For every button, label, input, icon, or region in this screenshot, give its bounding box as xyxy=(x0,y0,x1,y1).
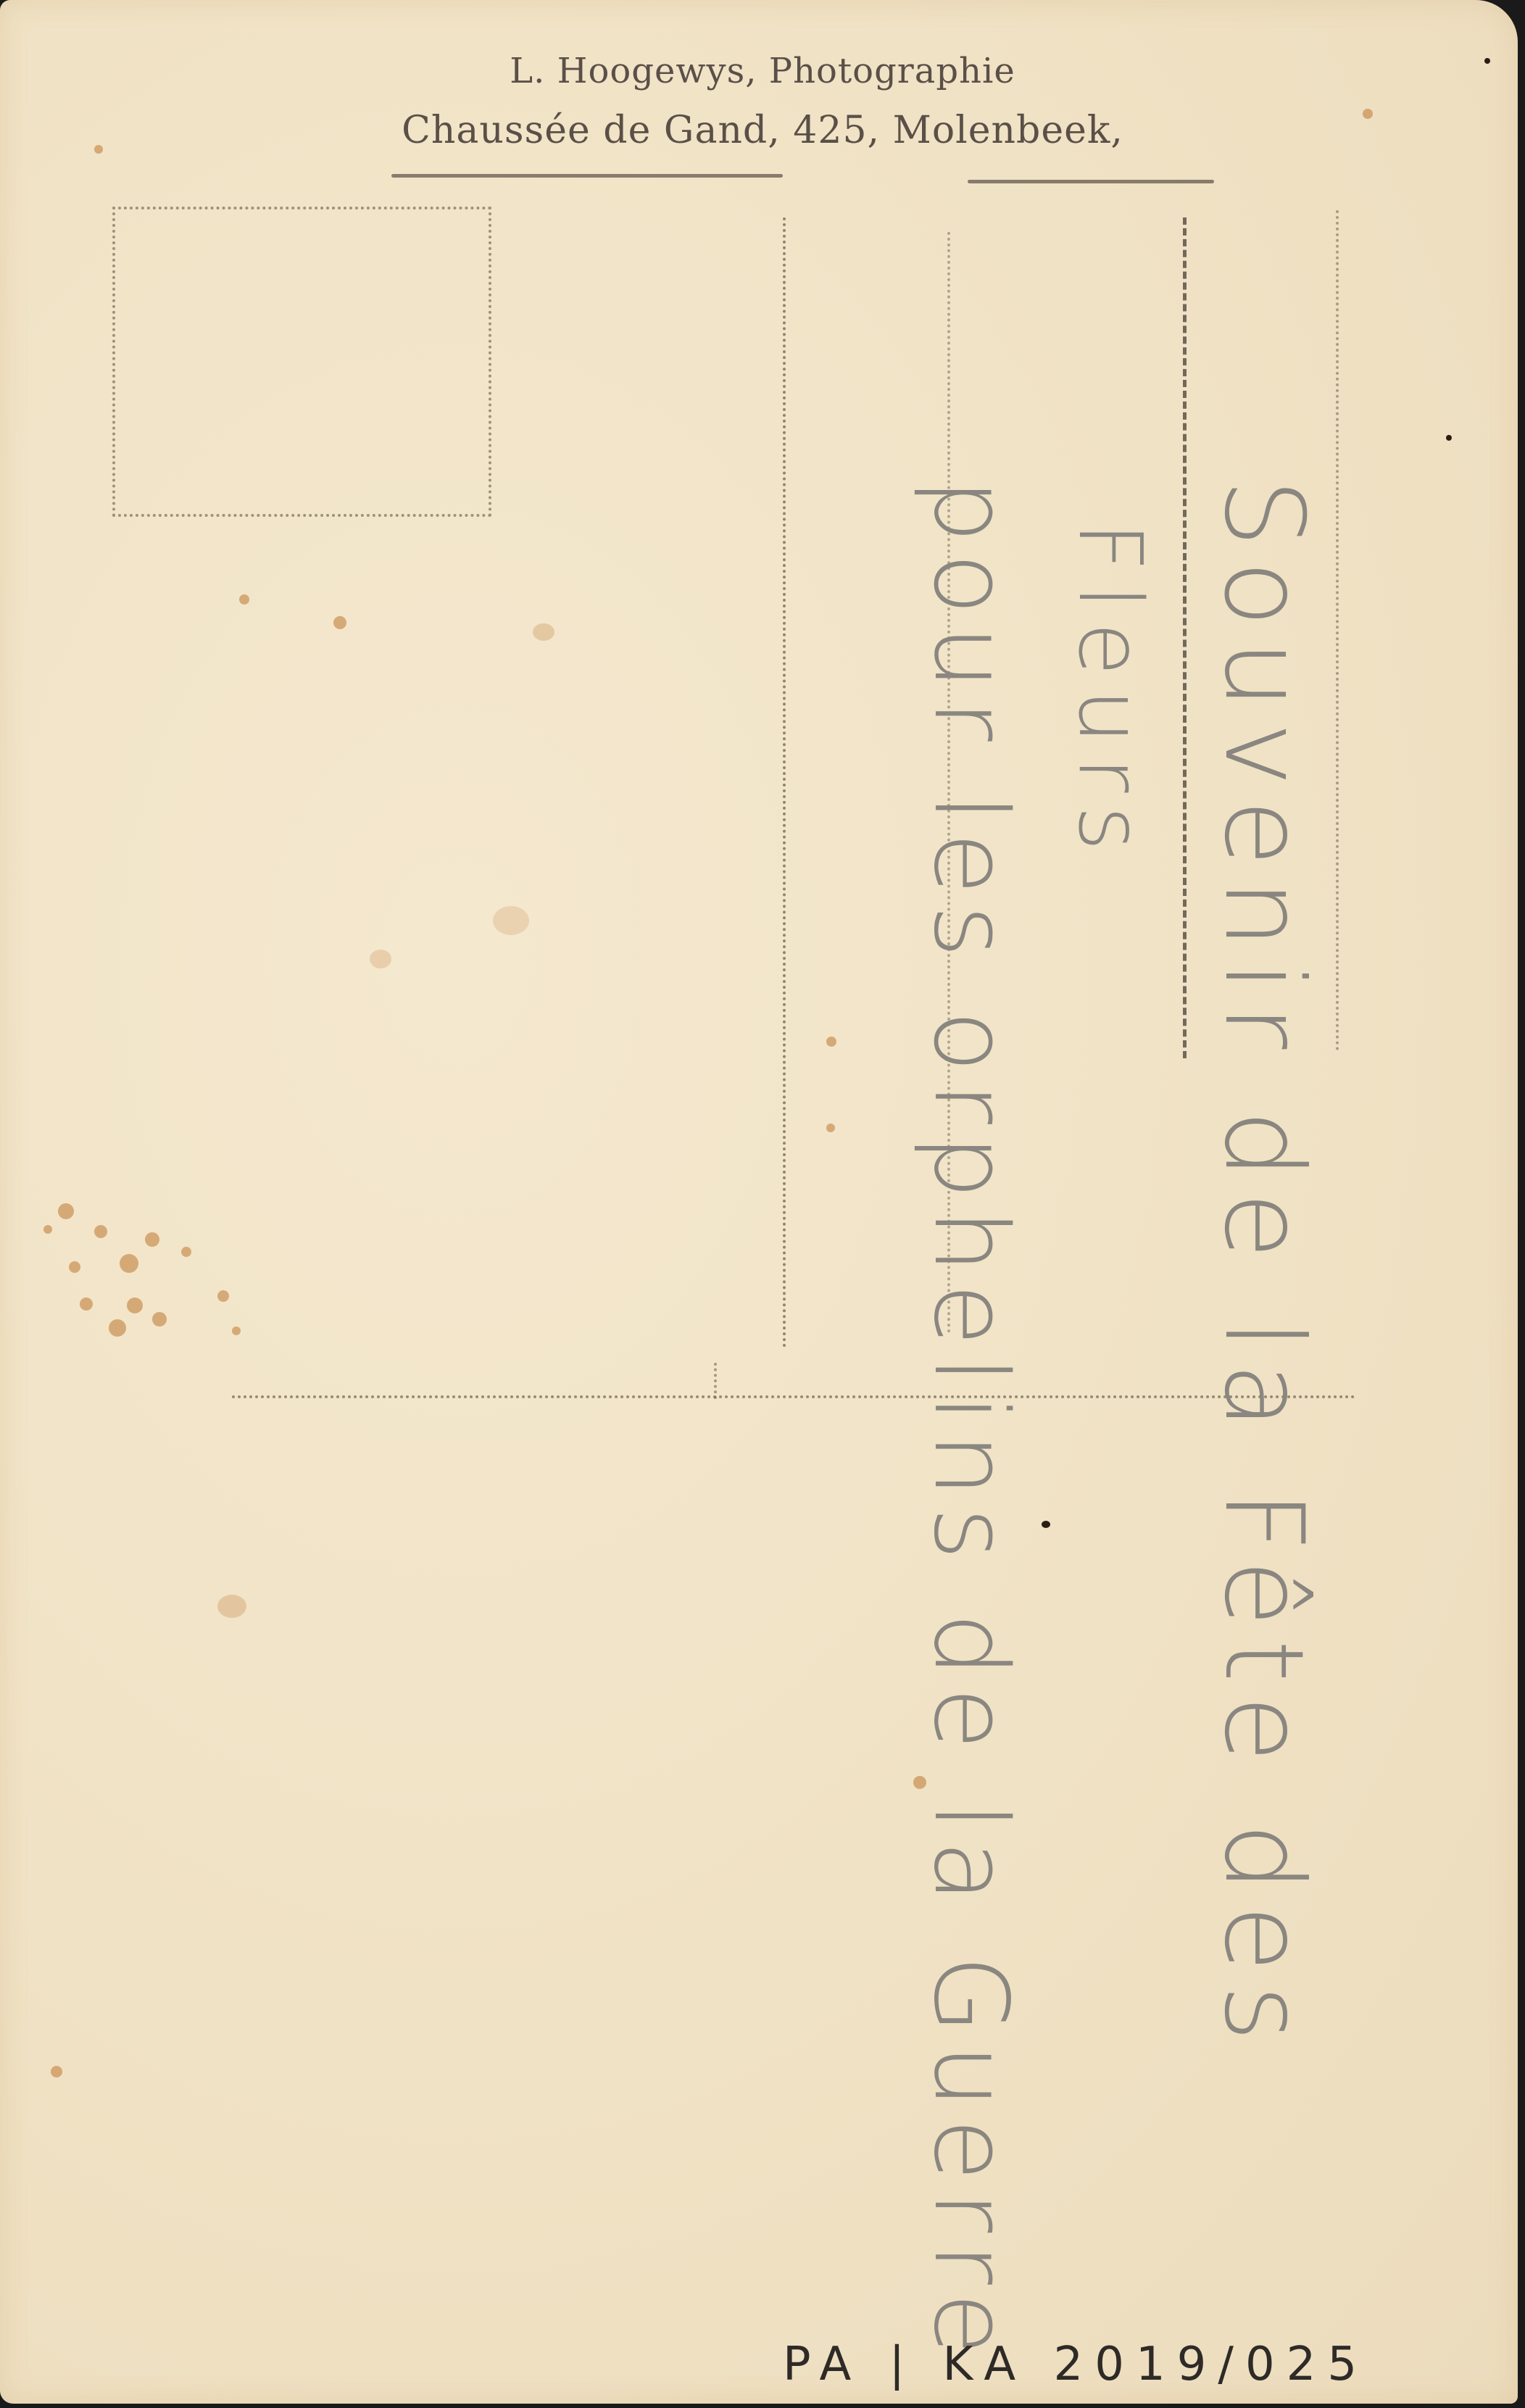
small-tick xyxy=(714,1363,717,1399)
stamp-box xyxy=(112,207,491,517)
photographer-address: Chaussée de Gand, 425, Molenbeek, xyxy=(0,109,1525,152)
handwritten-line-1: Souvenir de la Fête des xyxy=(1200,478,1326,2054)
handwritten-line-3: pour les orphelins de la Guerre xyxy=(911,478,1029,2365)
photographer-name: L. Hoogewys, Photographie xyxy=(0,51,1525,91)
address-line-2 xyxy=(1336,210,1339,1051)
horizontal-divider xyxy=(232,1395,1355,1398)
address-line-1 xyxy=(1183,217,1187,1058)
header-underline-right xyxy=(968,180,1214,183)
header-underline-left xyxy=(391,174,783,178)
divider-line-center xyxy=(783,217,786,1348)
handwritten-line-2: Fleurs xyxy=(1059,522,1160,864)
inventory-number: PA | KA 2019/025 xyxy=(783,2338,1368,2391)
postcard-back: L. Hoogewys, Photographie Chaussée de Ga… xyxy=(0,0,1518,2404)
